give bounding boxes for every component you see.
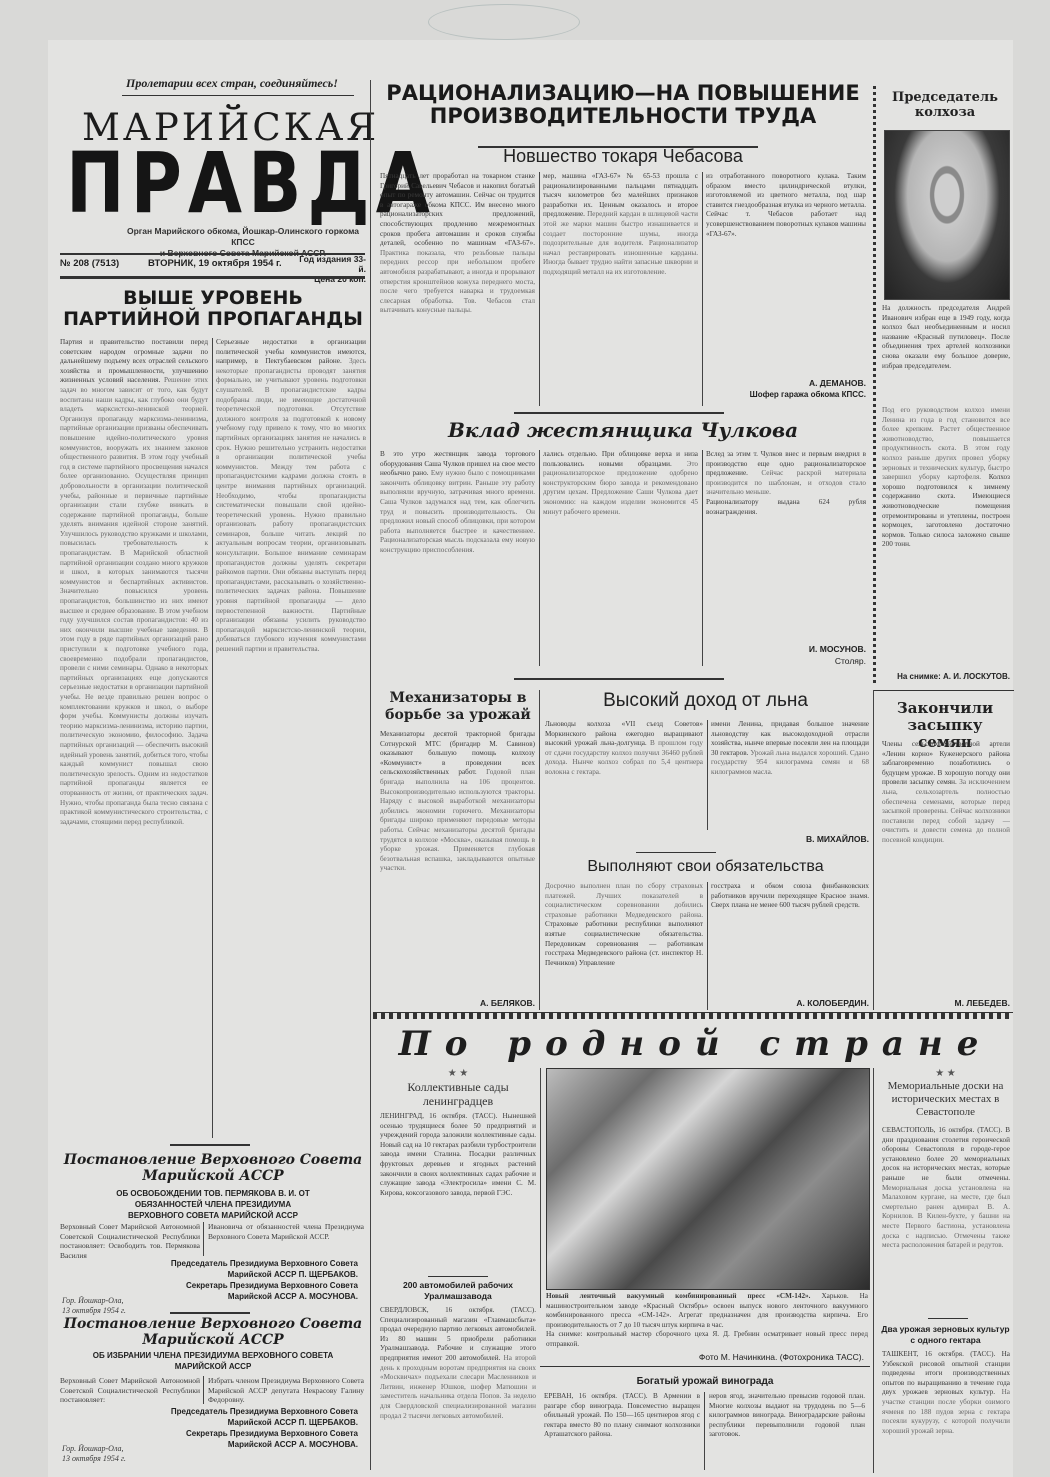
decree1-col2: Ивановича от обязанностей члена Президиу… (208, 1222, 364, 1262)
chebasov-col1: Пятнадцать лет проработал на токарном ст… (380, 172, 535, 408)
issue-date: ВТОРНИК, 19 октября 1954 г. (148, 258, 282, 269)
obligations-col2: госстраха и обком союза финбанковских ра… (711, 882, 869, 992)
native-country-banner: По родной стране (378, 1024, 1013, 1064)
chebasov-col3-text: из отработанного поворотного кулака. Так… (706, 172, 866, 238)
obligations-col1-text: Страховые работники республики выполняют… (545, 920, 703, 966)
press-credit: Фото М. Начинкина. (Фотохроника ТАСС). (546, 1352, 864, 1362)
cars-headline: 200 автомобилей рабочих Уралмашзавода (378, 1280, 538, 1302)
lead-headline: ВЫШЕ УРОВЕНЬ ПАРТИЙНОЙ ПРОПАГАНДЫ (58, 288, 368, 330)
decree1-title-line2: Марийской АССР (58, 1168, 368, 1184)
year-of-publication: Год издания 33-й. (298, 254, 366, 274)
flax-col2: имени Ленина, придавая большое значение … (711, 720, 869, 830)
tashkent-headline: Два урожая зерновых культур с одного гек… (878, 1324, 1013, 1346)
decree2-title-line2: Марийской АССР (58, 1332, 368, 1348)
decree2-signatures: Председатель Президиума Верховного Совет… (158, 1406, 358, 1450)
cars-body: СВЕРДЛОВСК, 16 октября. (ТАСС). Специали… (380, 1306, 536, 1471)
newspaper-page: Пролетарии всех стран, соединяйтесь! МАР… (48, 40, 1013, 1477)
seeds-body: Члены сельскохозяйственной артели «Ленин… (882, 740, 1010, 990)
lead-col1: Партия и правительство поставили перед с… (60, 338, 208, 1148)
flax-headline: Высокий доход от льна (543, 690, 868, 712)
decree1-title-line1: Постановление Верховного Совета (58, 1152, 368, 1168)
library-stamp (428, 4, 580, 40)
chulkov-savings-note: Рационализатору выдана 624 рубля вознагр… (706, 498, 866, 516)
decree2-subtitle: ОБ ИЗБРАНИИ ЧЛЕНА ПРЕЗИДИУМА ВЕРХОВНОГО … (88, 1350, 338, 1372)
article-chebasov-headline: Новшество токаря Чебасова (378, 146, 868, 167)
decree2-sign2-name: Марийской АССР А. МОСУНОВА. (158, 1439, 358, 1450)
slogan: Пролетарии всех стран, соединяйтесь! (126, 76, 338, 91)
chulkov-col1: В это утро жестянщик завода торгового об… (380, 450, 535, 668)
stars-divider: ★ ★ (378, 1068, 538, 1079)
column-divider (203, 1222, 204, 1256)
column-divider (707, 882, 708, 1010)
column-divider (873, 690, 874, 1010)
column-divider (702, 172, 703, 406)
column-divider (873, 1068, 874, 1473)
decree2-col1: Верховный Совет Марийской Автономной Сов… (60, 1376, 200, 1406)
lead-col2: Серьезные недостатки в организации полит… (216, 338, 366, 1148)
section-rule (928, 1318, 968, 1319)
stars-divider: ★ ★ (878, 1068, 1013, 1079)
seeds-author: М. ЛЕБЕДЕВ. (882, 998, 1010, 1008)
decree1-place: Гор. Йошкар-Ола, (62, 1296, 162, 1306)
gardens-headline: Коллективные сады ленинградцев (378, 1080, 538, 1108)
column-divider (539, 172, 540, 406)
press-caption: Новый ленточный вакуумный комбинированны… (546, 1292, 868, 1350)
column-divider (707, 720, 708, 830)
section-wavy-rule (373, 1012, 1013, 1019)
chebasov-col1-text: Пятнадцать лет проработал на токарном ст… (380, 172, 535, 247)
tashkent-body-text: ТАШКЕНТ, 16 октября. (ТАСС). На Узбекско… (882, 1350, 1010, 1396)
obligations-col2-text: госстраха и обком союза финбанковских ра… (711, 882, 869, 909)
chebasov-col3: из отработанного поворотного кулака. Так… (706, 172, 866, 372)
decree2-sign2-role: Секретарь Президиума Верховного Совета (158, 1428, 358, 1439)
chulkov-col2-text: лались отдельно. При облицовке верха и н… (543, 450, 698, 468)
lead-col2-text: Серьезные недостатки в организации полит… (216, 338, 366, 365)
chairman-headline: Председатель колхоза (880, 90, 1010, 120)
mechanizers-author: А. БЕЛЯКОВ. (380, 998, 535, 1008)
flax-col1: Льноводы колхоза «VII съезд Советов» Мор… (545, 720, 703, 830)
press-photo-note: На снимке: контрольный мастер сборочного… (546, 1330, 868, 1348)
issue-meta: Год издания 33-й. Цена 20 коп. (298, 254, 366, 284)
decree2-sign1-role: Председатель Президиума Верховного Совет… (158, 1406, 358, 1417)
obligations-col1: Досрочно выполнен план по сбору страховы… (545, 882, 703, 1010)
page-divider-left (370, 80, 371, 1470)
obligations-headline: Выполняют свои обязательства (543, 858, 868, 876)
flax-author: В. МИХАЙЛОВ. (711, 834, 869, 844)
chebasov-author-title: Шофер гаража обкома КПСС. (706, 390, 866, 399)
column-divider (704, 1392, 705, 1470)
column-divider (702, 450, 703, 666)
section-rule (514, 678, 724, 680)
decree2-title: Постановление Верховного Совета Марийско… (58, 1316, 368, 1348)
boxed-border-left (873, 86, 876, 684)
chebasov-col2: мер, машина «ГАЗ-67» № 65-53 прошла с ра… (543, 172, 698, 408)
mechanizers-body: Механизаторы десятой тракторной бригады … (380, 730, 535, 996)
chairman-portrait-photo (884, 130, 1010, 300)
chulkov-author: И. МОСУНОВ. (706, 644, 866, 654)
section-rule (540, 1366, 870, 1367)
section-rule (636, 852, 716, 853)
decree1-sign1-name: Марийской АССР П. ЩЕРБАКОВ. (158, 1269, 358, 1280)
column-divider (539, 690, 540, 1010)
decree2-place: Гор. Йошкар-Ола, (62, 1444, 162, 1454)
decree1-title: Постановление Верховного Совета Марийско… (58, 1152, 368, 1184)
decree1-subtitle: ОБ ОСВОБОЖДЕНИИ ТОВ. ПЕРМЯКОВА В. И. ОТ … (108, 1188, 318, 1221)
memorial-headline: Мемориальные доски на исторических места… (878, 1080, 1013, 1119)
decree2-date: 13 октября 1954 г. (62, 1454, 162, 1464)
chebasov-author: А. ДЕМАНОВ. (706, 378, 866, 388)
issue-number: № 208 (7513) (60, 258, 119, 269)
article-chulkov-headline: Вклад жестянщика Чулкова (378, 418, 868, 442)
press-caption-title: Новый ленточный вакуумный комбинированны… (546, 1292, 810, 1300)
memorial-body-text: СЕВАСТОПОЛЬ, 16 октября. (ТАСС). В дни п… (882, 1126, 1010, 1182)
tashkent-body: ТАШКЕНТ, 16 октября. (ТАСС). На Узбекско… (882, 1350, 1010, 1472)
section-rule (170, 1144, 250, 1146)
decree1-sign1-role: Председатель Президиума Верховного Совет… (158, 1258, 358, 1269)
slogan-rule (122, 95, 354, 96)
chairman-body-text: Колхоз хорошо подготовился к зимнему сод… (882, 473, 1010, 548)
grapes-col2: неров ягод, значительно превысив годовой… (709, 1392, 865, 1472)
column-divider (212, 338, 213, 1138)
memorial-body: СЕВАСТОПОЛЬ, 16 октября. (ТАСС). В дни п… (882, 1126, 1010, 1306)
decree2-place-date: Гор. Йошкар-Ола, 13 октября 1954 г. (62, 1444, 162, 1466)
chairman-photo-credit: На снимке: А. И. ЛОСКУТОВ. (882, 672, 1010, 681)
section-rule (514, 412, 724, 414)
issue-rule-bottom (60, 276, 365, 279)
press-machine-photo (546, 1068, 870, 1290)
chulkov-col2: лались отдельно. При облицовке верха и н… (543, 450, 698, 668)
grapes-headline: Богатый урожай винограда (540, 1376, 870, 1387)
decree1-sign2-role: Секретарь Президиума Верховного Совета (158, 1280, 358, 1291)
decree2-sign1-name: Марийской АССР П. ЩЕРБАКОВ. (158, 1417, 358, 1428)
decree1-col1: Верховный Совет Марийской Автономной Сов… (60, 1222, 200, 1262)
chulkov-col3: Вслед за этим т. Чулков внес и первым вн… (706, 450, 866, 620)
decree1-place-date: Гор. Йошкар-Ола, 13 октября 1954 г. (62, 1296, 162, 1318)
decree1-sign2-name: Марийской АССР А. МОСУНОВА. (158, 1291, 358, 1302)
chairman-caption: На должность председателя Андрей Иванови… (882, 304, 1010, 404)
decree1-signatures: Председатель Президиума Верховного Совет… (158, 1258, 358, 1302)
column-divider (203, 1376, 204, 1404)
chulkov-author-title: Столяр. (706, 656, 866, 666)
section-rule (170, 1312, 250, 1314)
decree2-col2: Избрать членом Президиума Верховного Сов… (208, 1376, 364, 1406)
decree2-title-line1: Постановление Верховного Совета (58, 1316, 368, 1332)
rationalization-banner: РАЦИОНАЛИЗАЦИЮ—НА ПОВЫШЕНИЕ ПРОИЗВОДИТЕЛ… (378, 82, 868, 128)
column-divider (539, 450, 540, 666)
obligations-author: А. КОЛОБЕРДИН. (711, 998, 869, 1008)
organ-line1: Орган Марийского обкома, Йошкар-Олинског… (118, 226, 368, 248)
chairman-body: Под его руководством колхоз имени Ленина… (882, 406, 1010, 668)
decree1-date: 13 октября 1954 г. (62, 1306, 162, 1316)
section-rule (428, 1276, 488, 1277)
column-divider (540, 1068, 541, 1308)
section-rule (874, 690, 1014, 691)
mechanizers-headline: Механизаторы в борьбе за урожай (378, 690, 538, 724)
grapes-col1: ЕРЕВАН, 16 октября. (ТАСС). В Армении в … (544, 1392, 700, 1472)
gardens-body: ЛЕНИНГРАД, 16 октября. (ТАСС). Нынешней … (380, 1112, 536, 1272)
